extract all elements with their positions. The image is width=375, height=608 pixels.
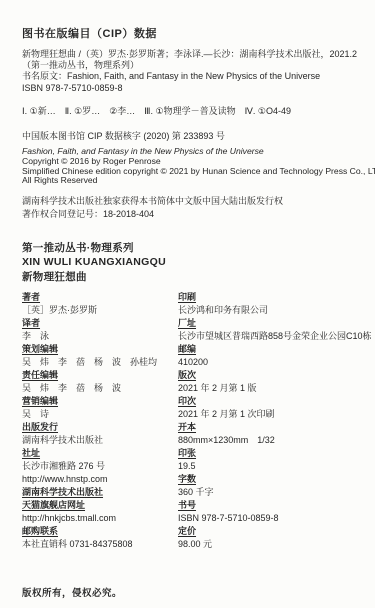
colophon-entry: 译者 李 泳 <box>22 317 172 343</box>
colophon-value: 410200 <box>178 356 373 369</box>
colophon-value: 360 千字 <box>178 486 373 499</box>
colophon-entry: 社址 长沙市湘雅路 276 号 http://www.hnstp.com <box>22 447 172 486</box>
book-copyright-page: 图书在版编目（CIP）数据 新物理狂想曲 /（英）罗杰·彭罗斯著；李泳译.—长沙… <box>0 0 375 608</box>
series-name: 第一推动丛书·物理系列 <box>22 241 166 255</box>
colophon-label: 责任编辑 <box>22 369 172 382</box>
colophon-label: 邮购联系 <box>22 525 172 538</box>
colophon-label: 营销编辑 <box>22 395 172 408</box>
colophon-entry: 出版发行 湖南科学技术出版社 <box>22 421 172 447</box>
colophon-entry: 邮购联系 本社直销科 0731-84375808 <box>22 525 172 551</box>
cip-record-line: 新物理狂想曲 /（英）罗杰·彭罗斯著；李泳译.—长沙：湖南科学技术出版社，202… <box>22 49 357 60</box>
colophon-entry: 印次 2021 年 2 月第 1 次印刷 <box>178 395 373 421</box>
colophon-label: 开本 <box>178 421 373 434</box>
colophon-label: 天猫旗舰店网址 <box>22 499 172 512</box>
cip-registry-number: 中国版本图书馆 CIP 数据核字 (2020) 第 233893 号 <box>22 129 225 142</box>
colophon-label: 印次 <box>178 395 373 408</box>
colophon-value: 长沙市湘雅路 276 号 <box>22 460 172 473</box>
colophon-value: 吴 诗 <box>22 408 172 421</box>
colophon: 著者 ［英］罗杰·彭罗斯 译者 <box>0 291 375 557</box>
colophon-value: 19.5 <box>178 460 373 473</box>
cip-record-line: （第一推动丛书，物理系列） <box>22 60 357 71</box>
colophon-entry: 湖南科学技术出版社 天猫旗舰店网址 http://hnkjcbs.tmall.c… <box>22 486 172 525</box>
copyright-lines: Copyright © 2016 by Roger Penrose Simpli… <box>22 157 375 186</box>
colophon-entry: 营销编辑 吴 诗 <box>22 395 172 421</box>
copyright-notice: 版权所有，侵权必究。 <box>22 585 122 599</box>
colophon-value: 长沙鸿和印务有限公司 <box>178 304 373 317</box>
colophon-value: http://www.hnstp.com <box>22 473 172 486</box>
colophon-value: 长沙市望城区普瑞西路858号金荣企业公园C10栋 <box>178 330 373 343</box>
colophon-entry: 责任编辑 吴 炜 李 蓓 杨 波 <box>22 369 172 395</box>
copyright-block: Fashion, Faith, and Fantasy in the New P… <box>22 147 375 186</box>
colophon-entry: 策划编辑 吴 炜 李 蓓 杨 波 孙桂均 <box>22 343 172 369</box>
colophon-value: 98.00 元 <box>178 538 373 551</box>
colophon-label: 书号 <box>178 499 373 512</box>
colophon-entry: 印张 19.5 <box>178 447 373 473</box>
series-title-block: 第一推动丛书·物理系列 XIN WULI KUANGXIANGQU 新物理狂想曲 <box>22 241 166 284</box>
colophon-value: 李 泳 <box>22 330 172 343</box>
colophon-label: 邮编 <box>178 343 373 356</box>
cip-record-line: 书名原文：Fashion, Faith, and Fantasy in the … <box>22 71 357 82</box>
colophon-value: ISBN 978-7-5710-0859-8 <box>178 512 373 525</box>
colophon-value: 吴 炜 李 蓓 杨 波 孙桂均 <box>22 356 172 369</box>
colophon-value: http://hnkjcbs.tmall.com <box>22 512 172 525</box>
colophon-left-column: 著者 ［英］罗杰·彭罗斯 译者 <box>22 291 172 551</box>
book-title: 新物理狂想曲 <box>22 270 166 284</box>
colophon-entry: 书号 ISBN 978-7-5710-0859-8 <box>178 499 373 525</box>
colophon-value: 2021 年 2 月第 1 次印刷 <box>178 408 373 421</box>
colophon-label: 著者 <box>22 291 172 304</box>
colophon-entry: 版次 2021 年 2 月第 1 版 <box>178 369 373 395</box>
colophon-label: 社址 <box>22 447 172 460</box>
cip-record-line: ISBN 978-7-5710-0859-8 <box>22 83 357 94</box>
colophon-value: 吴 炜 李 蓓 杨 波 <box>22 382 172 395</box>
colophon-right-column: 印刷 长沙鸿和印务有限公司 厂址 <box>178 291 373 551</box>
colophon-entry: 字数 360 千字 <box>178 473 373 499</box>
cip-header: 图书在版编目（CIP）数据 <box>22 25 157 41</box>
cip-classification: Ⅰ. ①新… Ⅱ. ①罗… ②李… Ⅲ. ①物理学－普及读物 Ⅳ. ①O4-49 <box>22 104 291 117</box>
colophon-label: 印刷 <box>178 291 373 304</box>
rights-line: 湖南科学技术出版社独家获得本书简体中文版中国大陆出版发行权 <box>22 195 283 208</box>
colophon-value: 2021 年 2 月第 1 版 <box>178 382 373 395</box>
colophon-label: 字数 <box>178 473 373 486</box>
colophon-entry: 定价 98.00 元 <box>178 525 373 551</box>
copyright-line: All Rights Reserved <box>22 176 375 186</box>
colophon-label: 湖南科学技术出版社 <box>22 486 172 499</box>
title-pinyin: XIN WULI KUANGXIANGQU <box>22 255 166 269</box>
colophon-label: 定价 <box>178 525 373 538</box>
colophon-entry: 著者 ［英］罗杰·彭罗斯 <box>22 291 172 317</box>
colophon-label: 译者 <box>22 317 172 330</box>
cip-record: 新物理狂想曲 /（英）罗杰·彭罗斯著；李泳译.—长沙：湖南科学技术出版社，202… <box>22 49 357 94</box>
colophon-label: 出版发行 <box>22 421 172 434</box>
colophon-entry: 厂址 长沙市望城区普瑞西路858号金荣企业公园C10栋 <box>178 317 373 343</box>
colophon-label: 厂址 <box>178 317 373 330</box>
colophon-value: 湖南科学技术出版社 <box>22 434 172 447</box>
rights-line: 著作权合同登记号：18-2018-404 <box>22 208 283 221</box>
colophon-value: 880mm×1230mm 1/32 <box>178 434 373 447</box>
colophon-value: 本社直销科 0731-84375808 <box>22 538 172 551</box>
colophon-label: 策划编辑 <box>22 343 172 356</box>
colophon-entry: 开本 880mm×1230mm 1/32 <box>178 421 373 447</box>
colophon-entry: 印刷 长沙鸿和印务有限公司 <box>178 291 373 317</box>
colophon-label: 印张 <box>178 447 373 460</box>
rights-statement: 湖南科学技术出版社独家获得本书简体中文版中国大陆出版发行权 著作权合同登记号：1… <box>22 195 283 220</box>
colophon-value: ［英］罗杰·彭罗斯 <box>22 304 172 317</box>
colophon-entry: 邮编 410200 <box>178 343 373 369</box>
colophon-label: 版次 <box>178 369 373 382</box>
